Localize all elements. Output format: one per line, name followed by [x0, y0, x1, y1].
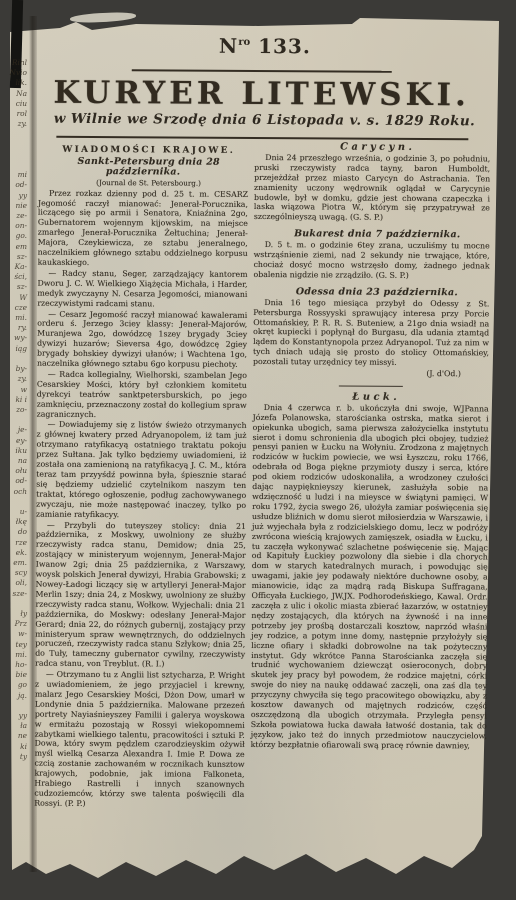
scanner-background: Rinl Nvio lik. Na ciu rol zy. mi od- yy …	[0, 0, 516, 900]
article-paragraph: Dnia 4 czerwca r. b. ukończyła dni swoje…	[251, 403, 489, 751]
article-dateline-odessa: Odessa dnia 23 października.	[253, 287, 489, 298]
article-odessa: Odessa dnia 23 października. Dnia 16 teg…	[253, 287, 490, 380]
issue-digits: 133.	[250, 34, 311, 58]
publication-dateline: w Wilnie we Srzodę dnia 6 Listopada v. s…	[37, 111, 491, 130]
article-bukarest: Bukarest dnia 7 października. D. 5 t. m.…	[253, 229, 489, 281]
article-paragraph: — Radcy stanu, Seger, zarządzający kanto…	[37, 269, 247, 310]
article-dateline-petersburg: Sankt-Petersburg dnia 28 października.	[38, 157, 248, 178]
masthead-rule-bottom	[56, 136, 468, 140]
left-column: WIADOMOŚCI KRAJOWE. Sankt-Petersburg dni…	[34, 146, 248, 811]
article-headline-luck: Łuck.	[253, 392, 489, 403]
masthead-rule-top	[132, 69, 392, 73]
issue-number: Nro 133.	[38, 33, 492, 60]
newspaper-title: KURYER LITEWSKI.	[22, 75, 502, 114]
article-paragraph: — Otrzymano tu z Anglii list sztycharza,…	[34, 670, 245, 810]
article-paragraph: — Cesarz Jegomość raczył mianować kawale…	[37, 309, 247, 370]
article-paragraph: — Przybyli do tuteyszey stolicy: dnia 21…	[35, 520, 246, 670]
article-headline-carycyn: Carycyn.	[254, 142, 490, 153]
article-signature: (J. d'Od.)	[253, 368, 489, 379]
article-paragraph: — Dowiadujemy się z listów świeżo otrzym…	[36, 420, 247, 520]
page-content: Nro 133. KURYER LITEWSKI. w Wilnie we Sr…	[0, 0, 516, 900]
right-column: Carycyn. Dnia 24 przeszłego września, o …	[251, 142, 491, 758]
section-divider	[339, 385, 403, 386]
article-paragraph: Dnia 24 przeszłego września, o godzinie …	[254, 153, 490, 224]
article-source: (Journal de St. Petersbourg.)	[38, 177, 248, 188]
issue-superscript: ro	[238, 37, 250, 48]
article-paragraph: Dnia 16 tego miesiąca przybył do Odessy …	[253, 298, 489, 369]
article-luck: Łuck. Dnia 4 czerwca r. b. ukończyła dni…	[251, 392, 489, 751]
section-kicker-domestic-news: WIADOMOŚCI KRAJOWE.	[38, 146, 248, 157]
article-paragraph: D. 5 t. m. o godzinie 6tey zrana, uczuli…	[253, 240, 489, 281]
article-paragraph: — Radca kollegialny, Wielhorski, szambel…	[37, 370, 247, 421]
article-carycyn: Carycyn. Dnia 24 przeszłego września, o …	[254, 142, 490, 224]
article-paragraph: Przez rozkaz dzienny pod d. 25 t. m. CES…	[38, 188, 248, 269]
article-dateline-bukarest: Bukarest dnia 7 października.	[254, 229, 490, 240]
issue-prefix: N	[219, 34, 238, 58]
